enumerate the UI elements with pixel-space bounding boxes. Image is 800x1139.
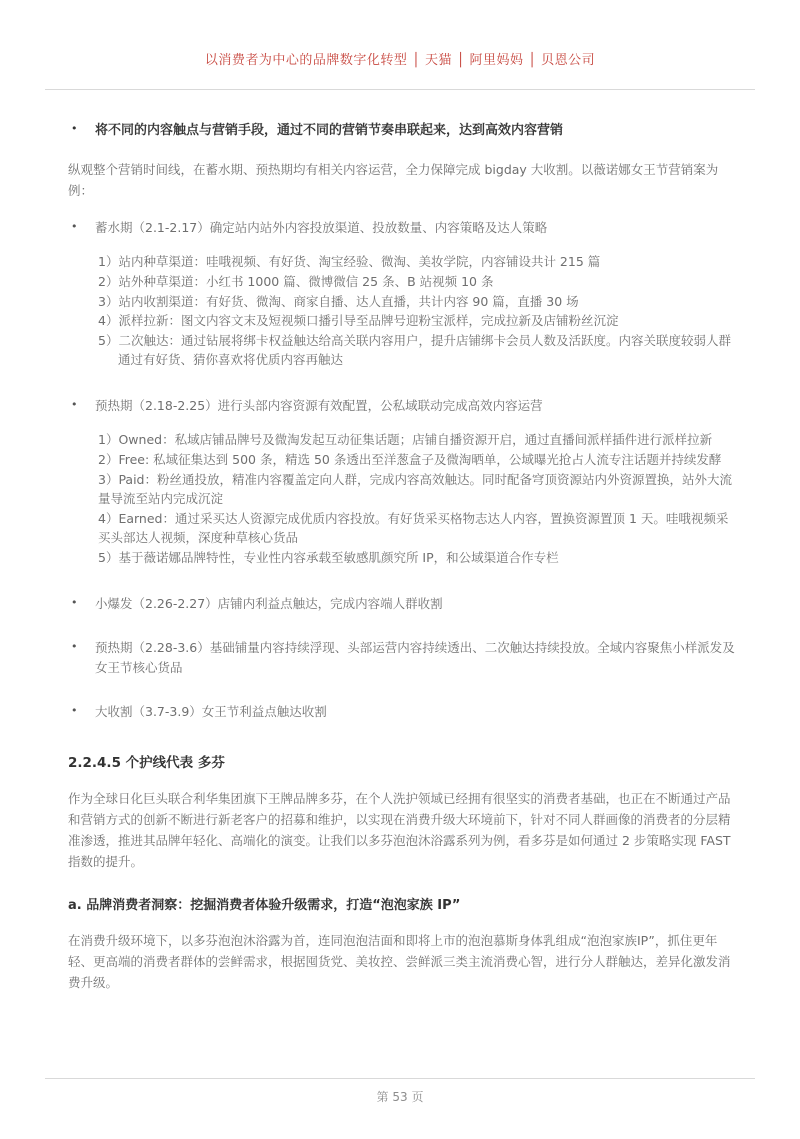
- bullet-icon: •: [68, 120, 95, 141]
- footer-divider: [45, 1078, 755, 1079]
- page-footer: 第 53 页: [0, 1078, 800, 1105]
- phase-label: 大收割（3.7-3.9）女王节利益点触达收割: [95, 702, 327, 722]
- sublist-item: 2）站外种草渠道：小红书 1000 篇、微博微信 25 条、B 站视频 10 条: [98, 272, 738, 292]
- document-body: • 将不同的内容触点与营销手段，通过不同的营销节奏串联起来，达到高效内容营销 纵…: [0, 90, 800, 993]
- section-paragraph: 作为全球日化巨头联合利华集团旗下王牌品牌多芬，在个人洗护领域已经拥有很坚实的消费…: [68, 788, 738, 872]
- sublist-item: 3）Paid：粉丝通投放，精准内容覆盖定向人群，完成内容高效触达。同时配备穹顶资…: [98, 470, 738, 509]
- bullet-icon: •: [68, 218, 95, 238]
- bullet-icon: •: [68, 702, 95, 722]
- phase-bullet-preheat2: • 预热期（2.28-3.6）基础铺量内容持续浮现、头部运营内容持续透出、二次触…: [68, 638, 738, 679]
- lead-bullet-text: 将不同的内容触点与营销手段，通过不同的营销节奏串联起来，达到高效内容营销: [95, 120, 563, 141]
- bullet-icon: •: [68, 396, 95, 416]
- intro-paragraph: 纵观整个营销时间线，在蓄水期、预热期均有相关内容运营，全力保障完成 bigday…: [68, 159, 738, 201]
- document-page: 以消费者为中心的品牌数字化转型 │ 天猫 │ 阿里妈妈 │ 贝恩公司 • 将不同…: [0, 0, 800, 1139]
- page-header: 以消费者为中心的品牌数字化转型 │ 天猫 │ 阿里妈妈 │ 贝恩公司: [0, 0, 800, 90]
- phase-bullet-preheat: • 预热期（2.18-2.25）进行头部内容资源有效配置，公私域联动完成高效内容…: [68, 396, 738, 416]
- phase-bullet-storage: • 蓄水期（2.1-2.17）确定站内站外内容投放渠道、投放数量、内容策略及达人…: [68, 218, 738, 238]
- phase-preheat-sublist: 1）Owned：私域店铺品牌号及微淘发起互动征集话题；店铺自播资源开启，通过直播…: [98, 430, 738, 567]
- bullet-icon: •: [68, 638, 95, 679]
- sublist-item: 5）基于薇诺娜品牌特性，专业性内容承载至敏感肌颜究所 IP，和公域渠道合作专栏: [98, 548, 738, 568]
- sublist-item: 3）站内收割渠道：有好货、微淘、商家自播、达人直播，共计内容 90 篇，直播 3…: [98, 292, 738, 312]
- sublist-item: 1）Owned：私域店铺品牌号及微淘发起互动征集话题；店铺自播资源开启，通过直播…: [98, 430, 738, 450]
- phase-bullet-burst: • 小爆发（2.26-2.27）店铺内利益点触达，完成内容端人群收割: [68, 594, 738, 614]
- subsection-heading: a. 品牌消费者洞察：挖掘消费者体验升级需求，打造“泡泡家族 IP”: [68, 894, 738, 913]
- phase-label: 小爆发（2.26-2.27）店铺内利益点触达，完成内容端人群收割: [95, 594, 443, 614]
- section-heading: 2.2.4.5 个护线代表 多芬: [68, 751, 738, 771]
- sublist-item: 5）二次触达：通过钻展将绑卡权益触达给高关联内容用户，提升店铺绑卡会员人数及活跃…: [98, 331, 738, 370]
- subsection-paragraph: 在消费升级环境下，以多芬泡泡沐浴露为首，连同泡泡洁面和即将上市的泡泡慕斯身体乳组…: [68, 930, 738, 993]
- page-number: 第 53 页: [0, 1088, 800, 1105]
- sublist-item: 4）派样拉新：图文内容文末及短视频口播引导至品牌号迎粉宝派样，完成拉新及店铺粉丝…: [98, 311, 738, 331]
- sublist-item: 2）Free: 私域征集达到 500 条，精选 50 条透出至洋葱盒子及微淘晒单…: [98, 450, 738, 470]
- sublist-item: 1）站内种草渠道：哇哦视频、有好货、淘宝经验、微淘、美妆学院，内容铺设共计 21…: [98, 252, 738, 272]
- lead-bullet: • 将不同的内容触点与营销手段，通过不同的营销节奏串联起来，达到高效内容营销: [68, 120, 738, 141]
- phase-label: 预热期（2.28-3.6）基础铺量内容持续浮现、头部运营内容持续透出、二次触达持…: [95, 638, 738, 679]
- sublist-item: 4）Earned：通过采买达人资源完成优质内容投放。有好货采买格物志达人内容，置…: [98, 509, 738, 548]
- phase-storage-sublist: 1）站内种草渠道：哇哦视频、有好货、淘宝经验、微淘、美妆学院，内容铺设共计 21…: [98, 252, 738, 370]
- header-title: 以消费者为中心的品牌数字化转型 │ 天猫 │ 阿里妈妈 │ 贝恩公司: [0, 0, 800, 68]
- bullet-icon: •: [68, 594, 95, 614]
- phase-label: 预热期（2.18-2.25）进行头部内容资源有效配置，公私域联动完成高效内容运营: [95, 396, 543, 416]
- phase-bullet-harvest: • 大收割（3.7-3.9）女王节利益点触达收割: [68, 702, 738, 722]
- phase-label: 蓄水期（2.1-2.17）确定站内站外内容投放渠道、投放数量、内容策略及达人策略: [95, 218, 547, 238]
